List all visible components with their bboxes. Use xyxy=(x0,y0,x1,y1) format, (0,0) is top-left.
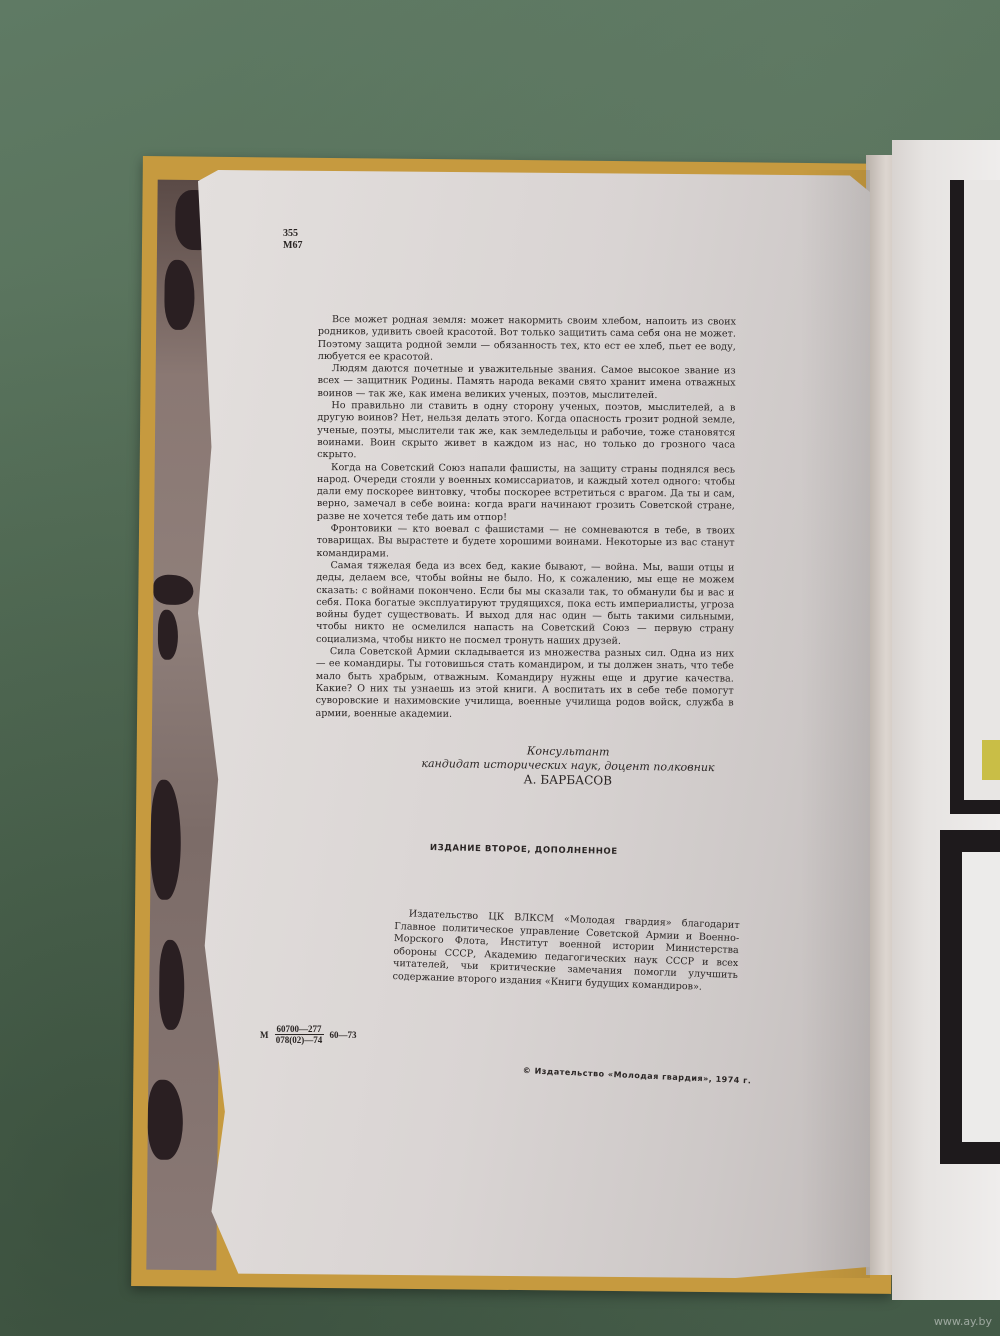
site-watermark: www.ay.by xyxy=(934,1315,992,1328)
acknowledgement-text: Издательство ЦК ВЛКСМ «Молодая гвардия» … xyxy=(392,908,739,995)
opposite-page-illustration-frame-lower xyxy=(940,830,1000,1164)
catalog-prefix: М xyxy=(260,1030,269,1040)
consultant-credit: Консультант кандидат исторических наук, … xyxy=(388,742,749,789)
ink-shape xyxy=(158,610,179,660)
paragraph: Но правильно ли ставить в одну сторону у… xyxy=(317,400,735,464)
udc-number: 355 xyxy=(283,228,302,240)
paragraph: Когда на Советский Союз напали фашисты, … xyxy=(317,462,735,526)
opposite-page-illustration-frame xyxy=(950,180,1000,814)
opposite-page-illustration-accent xyxy=(982,740,1000,780)
catalog-denominator: 078(02)—74 xyxy=(276,1035,323,1045)
ink-shape xyxy=(153,575,193,605)
catalog-numerator: 60700—277 xyxy=(275,1024,324,1035)
paragraph: Людям даются почетные и уважительные зва… xyxy=(317,363,735,402)
catalog-fraction: 60700—277 078(02)—74 xyxy=(275,1024,324,1045)
paragraph: Самая тяжелая беда из всех бед, какие бы… xyxy=(316,560,735,649)
paragraph: Фронтовики — кто воевал с фашистами — не… xyxy=(316,523,734,562)
ink-shape xyxy=(159,940,185,1030)
ink-shape xyxy=(150,780,181,900)
acknowledgement: Издательство ЦК ВЛКСМ «Молодая гвардия» … xyxy=(392,908,739,995)
udc-classification: 355 М67 xyxy=(283,228,302,252)
intro-text: Все может родная земля: может накормить … xyxy=(316,314,736,722)
author-mark: М67 xyxy=(283,240,302,252)
ink-shape xyxy=(164,260,195,330)
catalog-index: М 60700—277 078(02)—74 60—73 xyxy=(260,1024,357,1045)
page-curl-shadow xyxy=(800,170,870,1278)
paragraph: Все может родная земля: может накормить … xyxy=(318,314,736,366)
paragraph: Сила Советской Армии складывается из мно… xyxy=(316,646,734,722)
catalog-suffix: 60—73 xyxy=(330,1030,357,1040)
ink-shape xyxy=(147,1080,183,1160)
